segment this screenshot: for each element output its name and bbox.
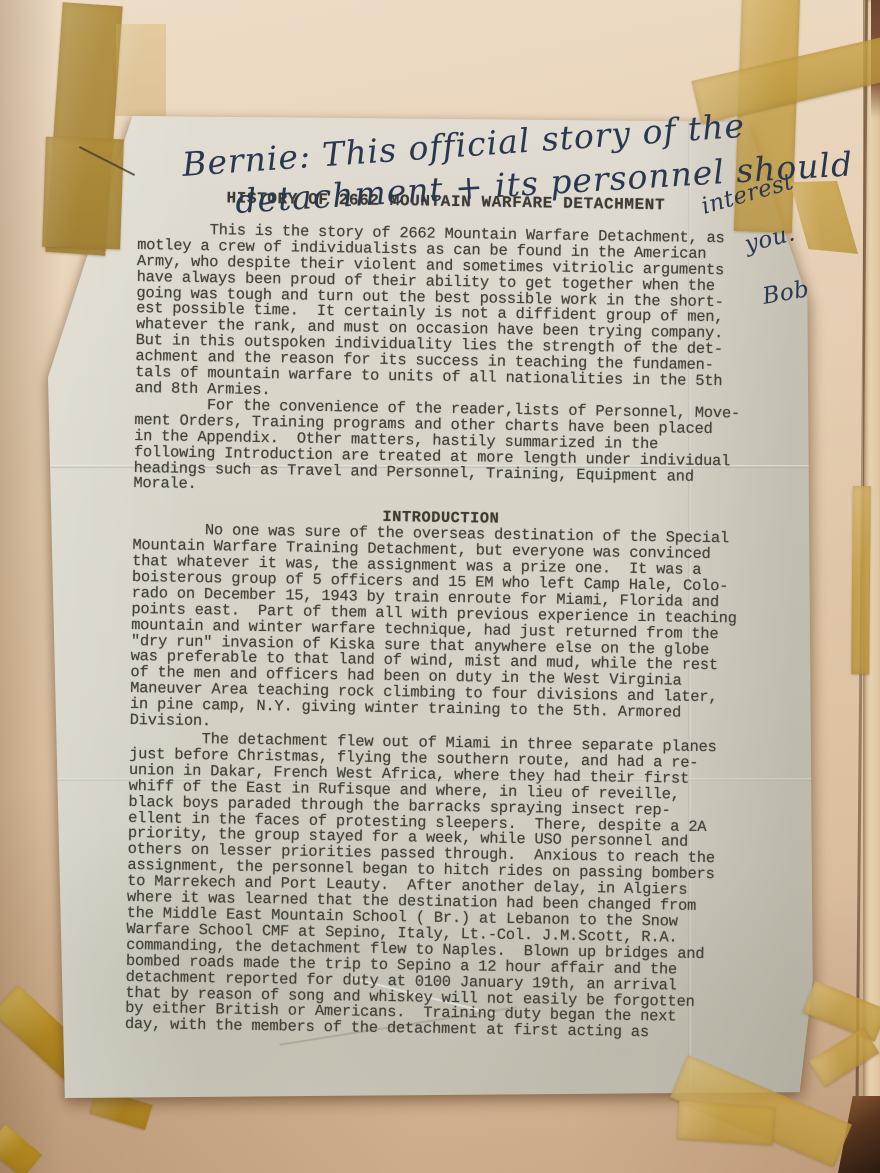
handwritten-note: Bernie: This official story of the detac… — [0, 0, 880, 1173]
handwritten-signature: Bob — [760, 276, 812, 310]
scrapbook-photo: HISTORY OF 2662 MOUNTAIN WARFARE DETACHM… — [0, 0, 880, 1173]
handwritten-line-4: you. — [741, 220, 798, 258]
